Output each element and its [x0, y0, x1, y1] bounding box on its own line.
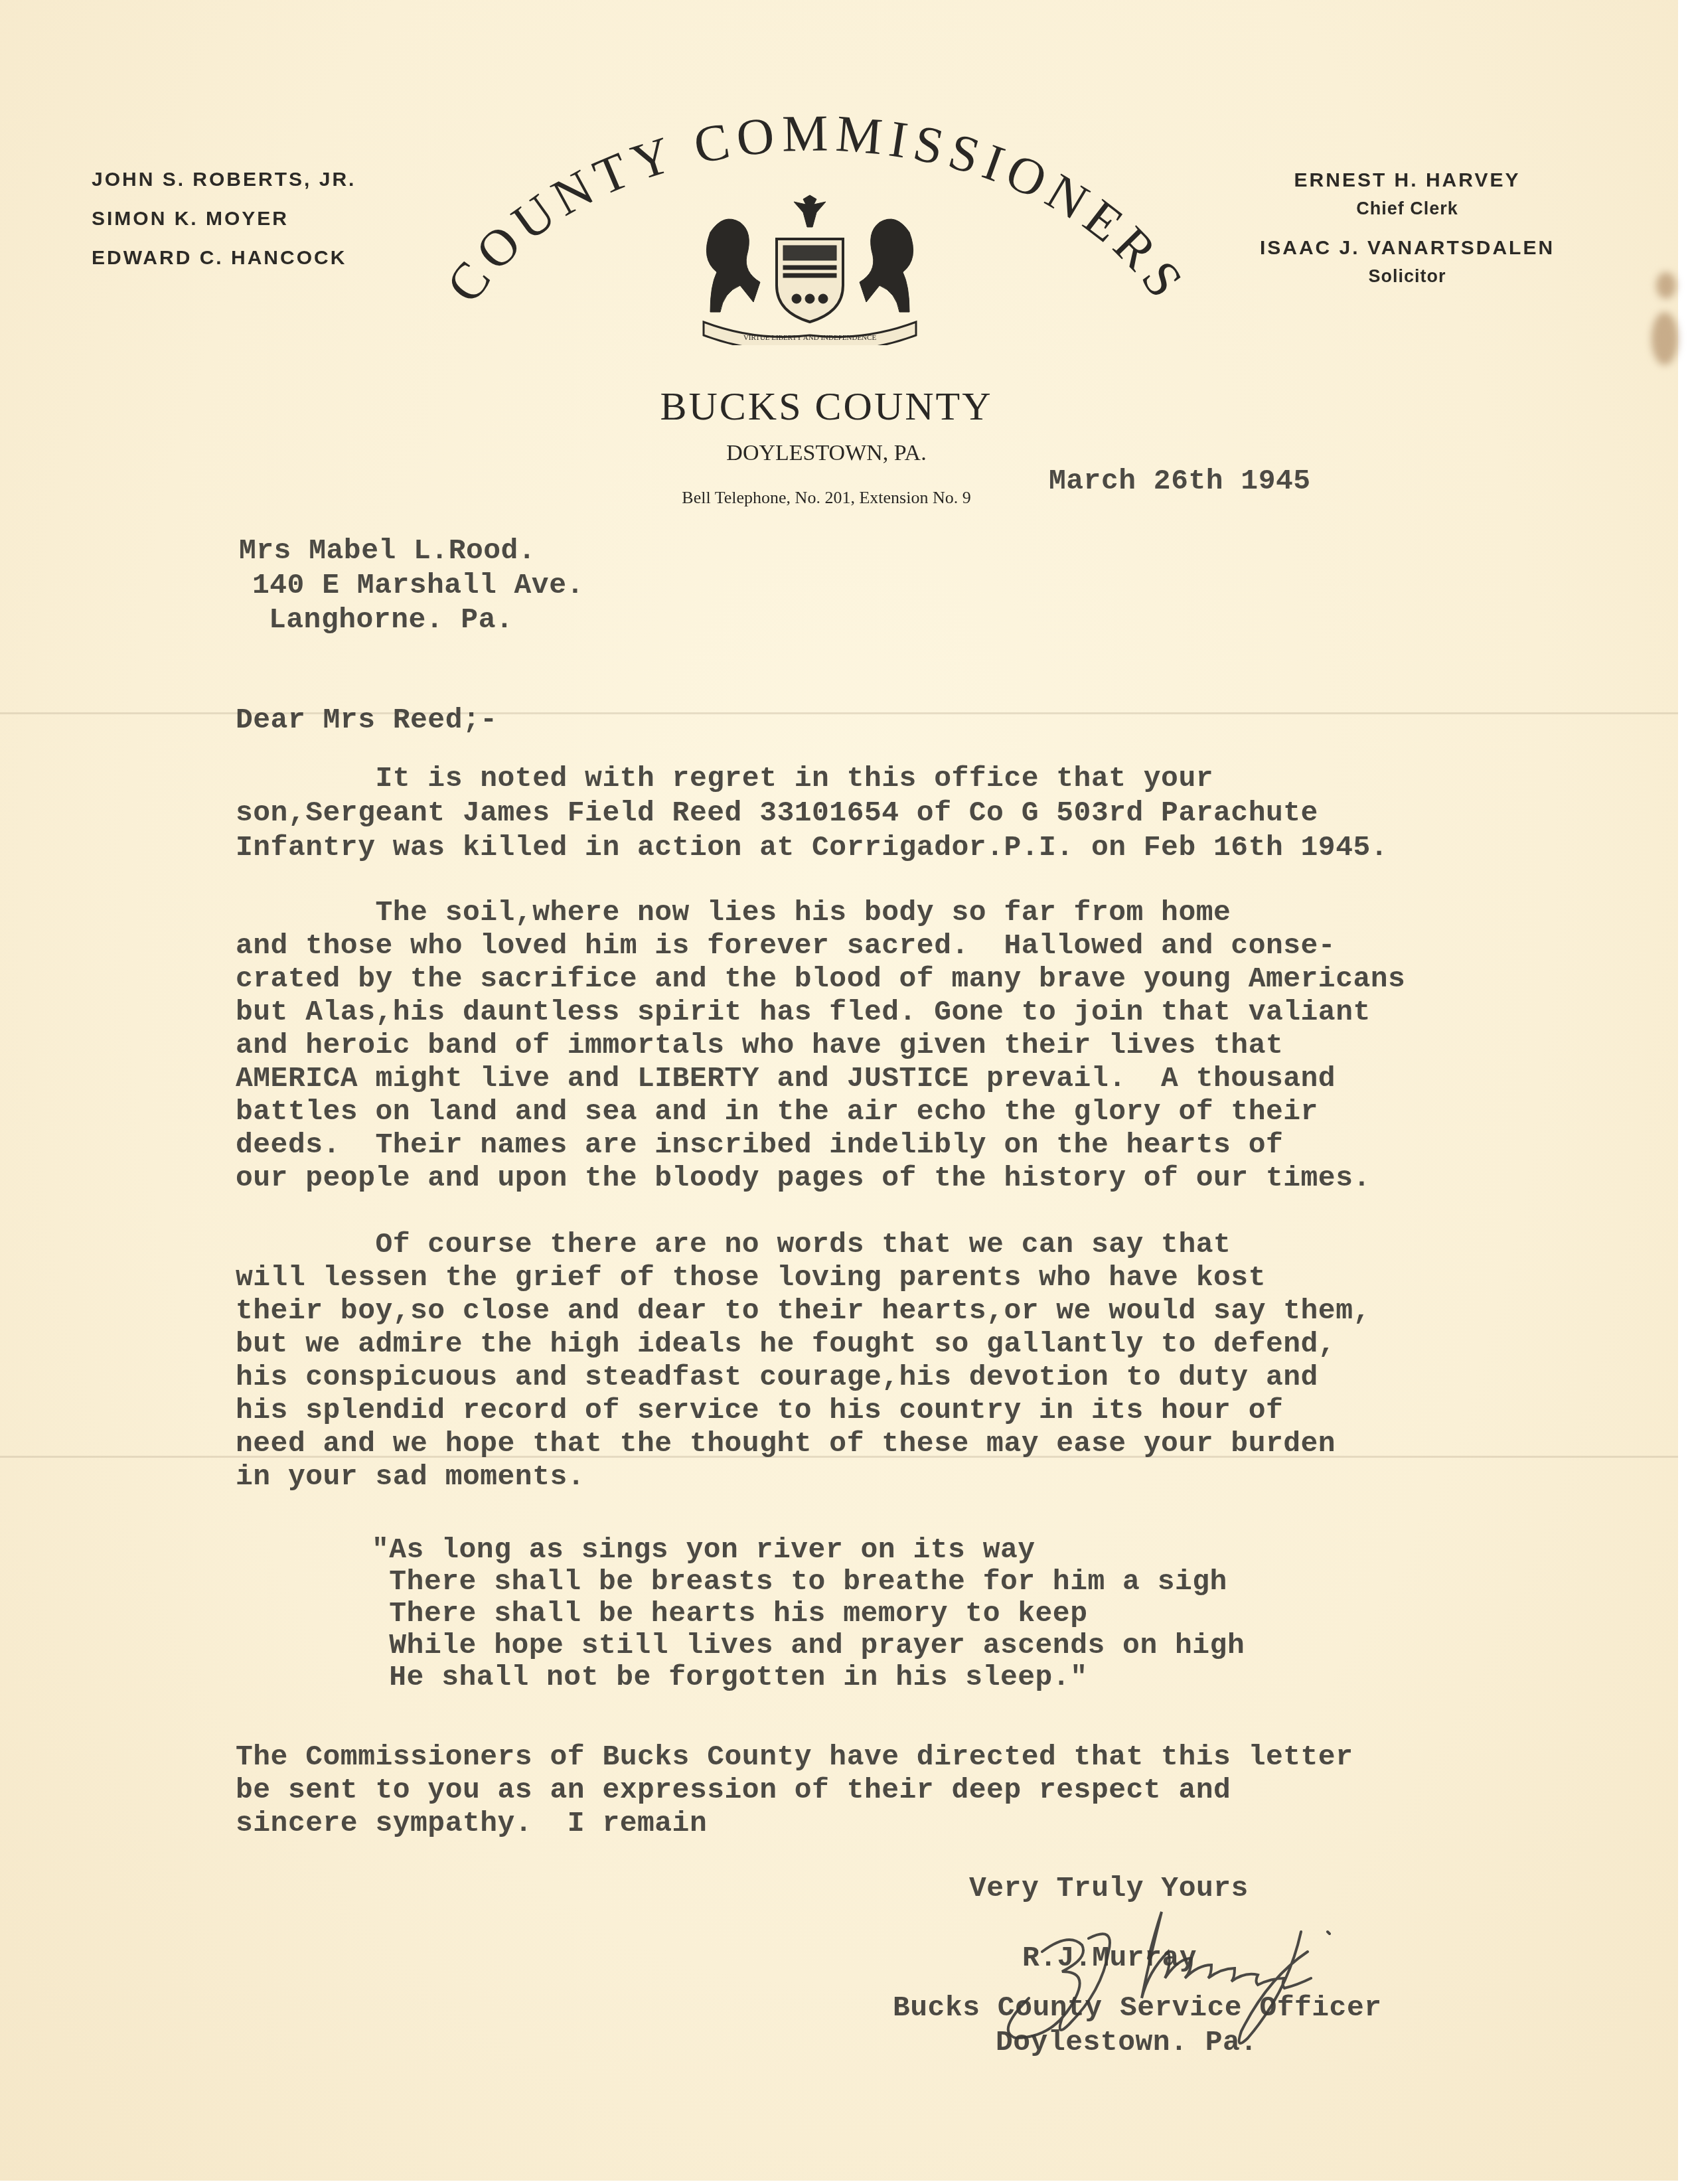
pennsylvania-coat-of-arms-icon: VIRTUE LIBERTY AND INDEPENDENCE [690, 193, 929, 345]
poem-line: While hope still lives and prayer ascend… [372, 1629, 1245, 1662]
paper-stain [1651, 312, 1678, 365]
county-telephone: Bell Telephone, No. 201, Extension No. 9 [584, 488, 1069, 508]
body-line: It is noted with regret in this office t… [236, 762, 1213, 795]
body-line: and those who loved him is forever sacre… [236, 929, 1336, 962]
svg-text:VIRTUE LIBERTY AND INDEPENDENC: VIRTUE LIBERTY AND INDEPENDENCE [743, 334, 877, 342]
closing-line: sincere sympathy. I remain [236, 1807, 707, 1839]
solicitor-role: Solicitor [1241, 266, 1573, 287]
poem-line: There shall be breasts to breathe for hi… [372, 1565, 1227, 1598]
body-line: his splendid record of service to his co… [236, 1394, 1283, 1427]
closing-line: The Commissioners of Bucks County have d… [236, 1741, 1353, 1773]
signer-name: R.J.Murray [1022, 1942, 1197, 1974]
chief-clerk-name: ERNEST H. HARVEY [1241, 169, 1573, 192]
body-line: and heroic band of immortals who have gi… [236, 1029, 1283, 1061]
commissioner-name: JOHN S. ROBERTS, JR. [92, 169, 356, 191]
poem-line: He shall not be forgotten in his sleep." [372, 1661, 1087, 1693]
commissioner-name: EDWARD C. HANCOCK [92, 247, 346, 270]
commissioner-name: SIMON K. MOYER [92, 208, 289, 230]
signer-location: Doylestown. Pa. [996, 2026, 1258, 2059]
recipient-city: Langhorne. Pa. [269, 603, 513, 636]
body-line: deeds. Their names are inscribed indelib… [236, 1129, 1283, 1161]
recipient-name: Mrs Mabel L.Rood. [239, 534, 536, 567]
body-line: AMERICA might live and LIBERTY and JUSTI… [236, 1062, 1336, 1095]
body-line: but Alas,his dauntless spirit has fled. … [236, 996, 1371, 1028]
body-line: their boy,so close and dear to their hea… [236, 1294, 1371, 1327]
closing-line: be sent to you as an expression of their… [236, 1774, 1231, 1806]
body-line: son,Sergeant James Field Reed 33101654 o… [236, 797, 1318, 829]
signer-title: Bucks County Service Officer [893, 1991, 1382, 2024]
poem-line: "As long as sings yon river on its way [372, 1533, 1036, 1566]
body-line: need and we hope that the thought of the… [236, 1427, 1336, 1460]
letter-paper: JOHN S. ROBERTS, JR. SIMON K. MOYER EDWA… [0, 0, 1678, 2181]
letter-date: March 26th 1945 [1049, 465, 1311, 497]
chief-clerk-role: Chief Clerk [1241, 198, 1573, 219]
body-line: will lessen the grief of those loving pa… [236, 1261, 1266, 1294]
body-line: but we admire the high ideals he fought … [236, 1328, 1336, 1360]
body-line: Infantry was killed in action at Corriga… [236, 831, 1388, 864]
body-line: our people and upon the bloody pages of … [236, 1162, 1371, 1194]
body-line: The soil,where now lies his body so far … [236, 896, 1231, 929]
body-line: his conspicuous and steadfast courage,hi… [236, 1361, 1318, 1393]
county-town: DOYLESTOWN, PA. [584, 441, 1069, 466]
body-line: Of course there are no words that we can… [236, 1228, 1231, 1261]
solicitor-name: ISAAC J. VANARTSDALEN [1241, 237, 1573, 260]
body-line: in your sad moments. [236, 1460, 585, 1493]
recipient-street: 140 E Marshall Ave. [252, 569, 584, 601]
body-line: battles on land and sea and in the air e… [236, 1095, 1318, 1128]
body-line: crated by the sacrifice and the blood of… [236, 963, 1405, 995]
paper-stain [1656, 272, 1676, 299]
salutation: Dear Mrs Reed;- [236, 704, 498, 736]
county-name: BUCKS COUNTY [584, 384, 1069, 429]
poem-line: There shall be hearts his memory to keep [372, 1597, 1087, 1630]
